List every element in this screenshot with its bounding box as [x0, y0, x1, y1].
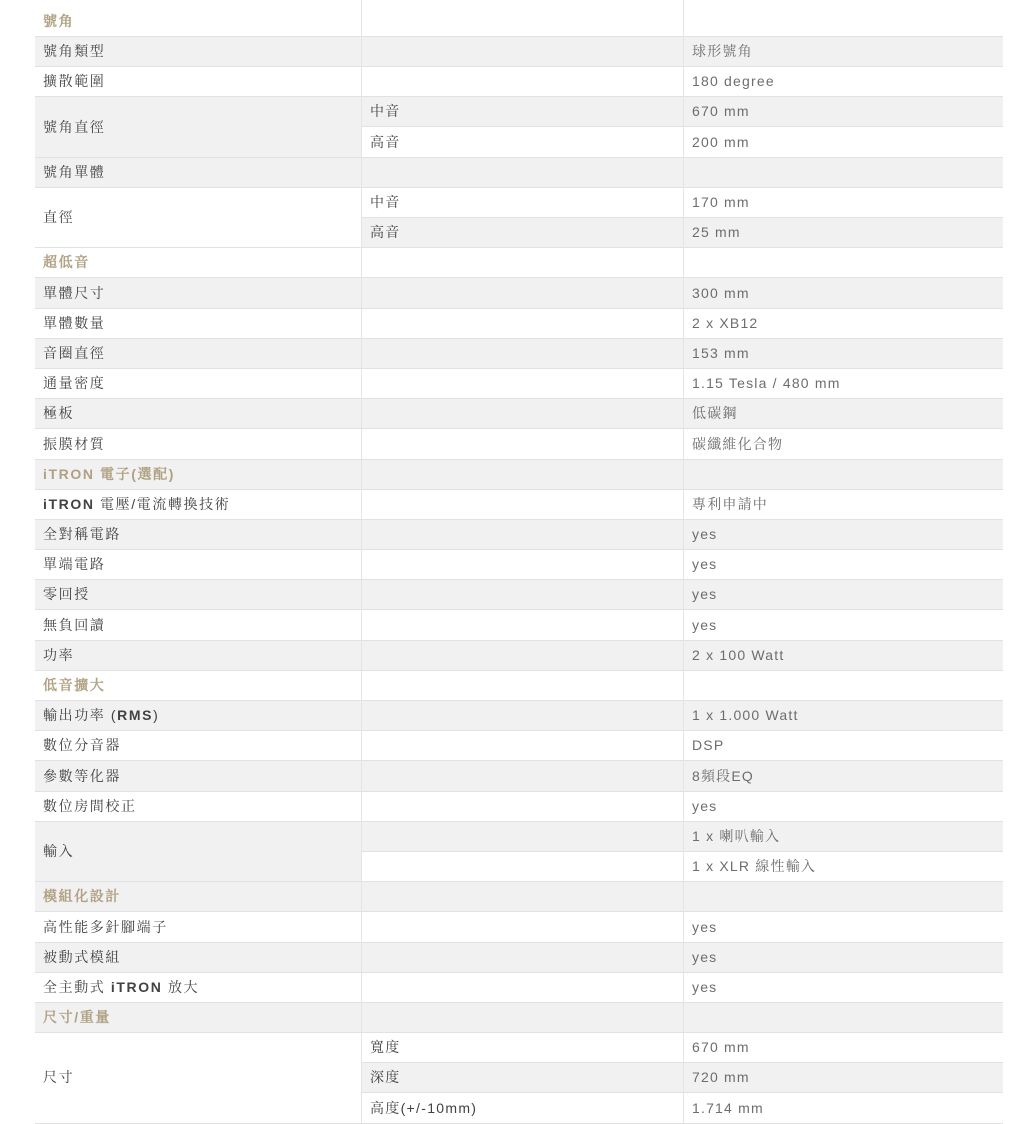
spec-label-cell: 號角單體 [35, 158, 362, 188]
spec-value-cell: yes [684, 792, 1003, 822]
spec-sublabel-cell: 高音 [362, 218, 684, 248]
spec-row: 數位房間校正yes [35, 792, 1003, 822]
spec-row: iTRON 電壓/電流轉換技術專利申請中 [35, 490, 1003, 520]
spec-row: 極板低碳鋼 [35, 399, 1003, 429]
spec-sublabel-cell: 中音 [362, 97, 684, 127]
empty-cell [684, 1003, 1003, 1033]
empty-cell [362, 248, 684, 278]
spec-label-cell: 數位房間校正 [35, 792, 362, 822]
spec-sublabel-cell [362, 399, 684, 429]
spec-value-cell: yes [684, 580, 1003, 610]
section-header-label: 超低音 [35, 248, 362, 278]
spec-row: 高性能多針腳端子yes [35, 912, 1003, 942]
empty-cell [362, 1003, 684, 1033]
spec-row: 全對稱電路yes [35, 520, 1003, 550]
spec-label-cell: 號角類型 [35, 37, 362, 67]
spec-sublabel-cell [362, 520, 684, 550]
spec-value-cell [684, 158, 1003, 188]
spec-row: 全主動式 iTRON 放大yes [35, 973, 1003, 1003]
spec-sublabel-cell [362, 158, 684, 188]
spec-row: 號角類型球形號角 [35, 37, 1003, 67]
spec-sublabel-cell [362, 701, 684, 731]
spec-value-cell: yes [684, 520, 1003, 550]
spec-value-cell: 8頻段EQ [684, 761, 1003, 791]
spec-row: 號角單體 [35, 158, 1003, 188]
spec-label-cell: iTRON 電壓/電流轉換技術 [35, 490, 362, 520]
spec-label-cell: 單體數量 [35, 309, 362, 339]
spec-value-cell: 2 x XB12 [684, 309, 1003, 339]
spec-group-row: 號角直徑中音670 mm [35, 97, 1003, 127]
spec-group-row: 直徑中音170 mm [35, 188, 1003, 218]
spec-label-cell: 尺寸 [35, 1033, 362, 1117]
spec-group-row: 尺寸寬度670 mm [35, 1033, 1003, 1063]
section-header-row: iTRON 電子(選配) [35, 460, 1003, 490]
spec-label-cell: 音圈直徑 [35, 339, 362, 369]
spec-sublabel-cell [362, 641, 684, 671]
spec-sublabel-cell [362, 580, 684, 610]
spec-value-cell: 670 mm [684, 1033, 1003, 1063]
spec-row: 單體數量2 x XB12 [35, 309, 1003, 339]
spec-label-cell: 擴散範圍 [35, 67, 362, 97]
spec-sublabel-cell: 寬度 [362, 1033, 684, 1063]
spec-sublabel-cell [362, 67, 684, 97]
spec-label-cell: 振膜材質 [35, 429, 362, 459]
empty-cell [362, 460, 684, 490]
spec-label-cell: 號角直徑 [35, 97, 362, 157]
spec-row: 無負回讀yes [35, 610, 1003, 640]
spec-value-cell: 200 mm [684, 127, 1003, 157]
spec-value-cell: 碳纖維化合物 [684, 429, 1003, 459]
spec-value-cell: 1 x XLR 線性輸入 [684, 852, 1003, 882]
spec-value-cell: 170 mm [684, 188, 1003, 218]
spec-sublabel-cell [362, 429, 684, 459]
section-header-row: 號角 [35, 0, 1003, 37]
spec-value-cell: 180 degree [684, 67, 1003, 97]
spec-row: 單體尺寸300 mm [35, 278, 1003, 308]
empty-cell [362, 882, 684, 912]
spec-value-cell: 25 mm [684, 218, 1003, 248]
section-header-label: iTRON 電子(選配) [35, 460, 362, 490]
spec-row: 擴散範圍180 degree [35, 67, 1003, 97]
section-header-label: 低音擴大 [35, 671, 362, 701]
spec-row: 單端電路yes [35, 550, 1003, 580]
spec-row: 零回授yes [35, 580, 1003, 610]
spec-value-cell: yes [684, 973, 1003, 1003]
spec-sublabel-cell [362, 490, 684, 520]
spec-value-cell: 153 mm [684, 339, 1003, 369]
spec-sublabel-cell [362, 973, 684, 1003]
spec-value-cell: 2 x 100 Watt [684, 641, 1003, 671]
spec-sublabel-cell [362, 610, 684, 640]
spec-label-cell: 單端電路 [35, 550, 362, 580]
spec-sublabel-cell [362, 37, 684, 67]
spec-sheet: 號角號角類型球形號角擴散範圍180 degree號角直徑中音670 mm高音20… [35, 0, 1003, 1117]
spec-sublabel-cell [362, 761, 684, 791]
spec-value-cell: 專利申請中 [684, 490, 1003, 520]
spec-row: 參數等化器8頻段EQ [35, 761, 1003, 791]
spec-sublabel-cell: 深度 [362, 1063, 684, 1093]
spec-label-cell: 全主動式 iTRON 放大 [35, 973, 362, 1003]
spec-value-cell: 1 x 1.000 Watt [684, 701, 1003, 731]
spec-sublabel-cell [362, 309, 684, 339]
spec-label-cell: 輸入 [35, 822, 362, 882]
spec-sublabel-cell [362, 550, 684, 580]
spec-label-cell: 零回授 [35, 580, 362, 610]
spec-value-cell: 1 x 喇叭輸入 [684, 822, 1003, 852]
spec-row: 輸出功率 (RMS)1 x 1.000 Watt [35, 701, 1003, 731]
spec-label-cell: 功率 [35, 641, 362, 671]
spec-label-cell: 數位分音器 [35, 731, 362, 761]
spec-value-cell: 1.714 mm [684, 1093, 1003, 1117]
spec-value-cell: 球形號角 [684, 37, 1003, 67]
spec-value-cell: 670 mm [684, 97, 1003, 127]
spec-sublabel-cell [362, 792, 684, 822]
spec-sublabel-cell [362, 731, 684, 761]
spec-value-cell: yes [684, 912, 1003, 942]
spec-row: 功率2 x 100 Watt [35, 641, 1003, 671]
spec-value-cell: 1.15 Tesla / 480 mm [684, 369, 1003, 399]
spec-label-cell: 輸出功率 (RMS) [35, 701, 362, 731]
spec-row: 振膜材質碳纖維化合物 [35, 429, 1003, 459]
spec-sublabel-cell [362, 822, 684, 852]
spec-row: 音圈直徑153 mm [35, 339, 1003, 369]
spec-sublabel-cell [362, 912, 684, 942]
spec-sublabel-cell [362, 369, 684, 399]
empty-cell [684, 460, 1003, 490]
section-header-label: 號角 [35, 0, 362, 37]
spec-label-cell: 通量密度 [35, 369, 362, 399]
spec-value-cell: 低碳鋼 [684, 399, 1003, 429]
empty-cell [684, 0, 1003, 37]
spec-sublabel-cell: 中音 [362, 188, 684, 218]
spec-label-cell: 參數等化器 [35, 761, 362, 791]
section-header-row: 尺寸/重量 [35, 1003, 1003, 1033]
spec-value-cell: 720 mm [684, 1063, 1003, 1093]
empty-cell [362, 0, 684, 37]
section-header-label: 尺寸/重量 [35, 1003, 362, 1033]
spec-sublabel-cell [362, 278, 684, 308]
empty-cell [684, 671, 1003, 701]
spec-label-cell: 高性能多針腳端子 [35, 912, 362, 942]
section-header-row: 低音擴大 [35, 671, 1003, 701]
empty-cell [684, 882, 1003, 912]
spec-label-cell: 直徑 [35, 188, 362, 248]
spec-label-cell: 極板 [35, 399, 362, 429]
empty-cell [684, 248, 1003, 278]
spec-label-cell: 單體尺寸 [35, 278, 362, 308]
spec-row: 數位分音器DSP [35, 731, 1003, 761]
spec-table-body: 號角號角類型球形號角擴散範圍180 degree號角直徑中音670 mm高音20… [35, 0, 1003, 1117]
spec-row: 通量密度1.15 Tesla / 480 mm [35, 369, 1003, 399]
spec-label-cell: 無負回讀 [35, 610, 362, 640]
spec-sublabel-cell: 高度(+/-10mm) [362, 1093, 684, 1117]
spec-sublabel-cell [362, 339, 684, 369]
spec-row: 被動式模組yes [35, 943, 1003, 973]
spec-label-cell: 被動式模組 [35, 943, 362, 973]
section-header-row: 超低音 [35, 248, 1003, 278]
empty-cell [362, 671, 684, 701]
spec-value-cell: 300 mm [684, 278, 1003, 308]
spec-sublabel-cell [362, 852, 684, 882]
spec-value-cell: yes [684, 610, 1003, 640]
spec-value-cell: DSP [684, 731, 1003, 761]
spec-value-cell: yes [684, 943, 1003, 973]
spec-sublabel-cell: 高音 [362, 127, 684, 157]
section-header-row: 模組化設計 [35, 882, 1003, 912]
spec-group-row: 輸入1 x 喇叭輸入 [35, 822, 1003, 852]
spec-label-cell: 全對稱電路 [35, 520, 362, 550]
spec-value-cell: yes [684, 550, 1003, 580]
section-header-label: 模組化設計 [35, 882, 362, 912]
spec-table: 號角號角類型球形號角擴散範圍180 degree號角直徑中音670 mm高音20… [35, 0, 1003, 1117]
spec-sublabel-cell [362, 943, 684, 973]
